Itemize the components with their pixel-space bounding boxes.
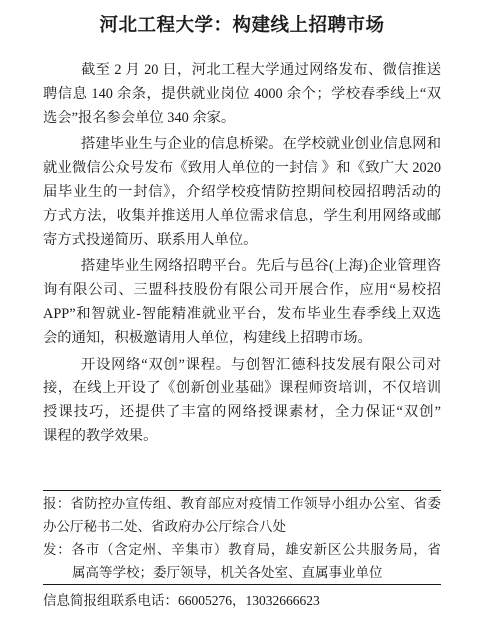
body-line: 开设网络“双创”课程。与创智汇德科技发展有限公司对: [43, 354, 441, 378]
body-paragraph-4: 开设网络“双创”课程。与创智汇德科技发展有限公司对 接，在线上开设了《创新创业基…: [43, 354, 441, 449]
footer-contact-line: 信息简报组联系电话：66005276，13032666623: [43, 585, 441, 612]
body-line: 聘信息 140 余条，提供就业岗位 4000 余个；学校春季线上“双: [43, 83, 441, 107]
body-line: 搭建毕业生网络招聘平台。先后与邑谷(上海)企业管理咨: [43, 255, 441, 279]
body-line: 截至 2 月 20 日，河北工程大学通过网络发布、微信推送招: [43, 59, 441, 83]
body-paragraph-1: 截至 2 月 20 日，河北工程大学通过网络发布、微信推送招 聘信息 140 余…: [43, 59, 441, 130]
body-line: 询有限公司、三盟科技股份有限公司开展合作，应用“易校招: [43, 279, 441, 303]
body-line: 课程的教学效果。: [43, 425, 441, 449]
body-line: 选会”报名参会单位 340 余家。: [43, 107, 441, 131]
footer-distribution-block: 报：省防控办宣传组、教育部应对疫情工作领导小组办公室、省委 办公厅秘书二处、省政…: [43, 491, 441, 585]
body-line: 寄方式投递简历、联系用人单位。: [43, 229, 441, 253]
body-line: 授课技巧，还提供了丰富的网络授课素材，全力保证“双创”: [43, 401, 441, 425]
body-line: 搭建毕业生与企业的信息桥梁。在学校就业创业信息网和: [43, 133, 441, 157]
footer-report-line: 报：省防控办宣传组、教育部应对疫情工作领导小组办公室、省委: [43, 493, 441, 516]
body-paragraph-2: 搭建毕业生与企业的信息桥梁。在学校就业创业信息网和 就业微信公众号发布《致用人单…: [43, 133, 441, 252]
body-line: 就业微信公众号发布《致用人单位的一封信 》和《致广大 2020: [43, 157, 441, 181]
document-title: 河北工程大学：构建线上招聘市场: [30, 13, 454, 39]
body-line: 届毕业生的一封信》，介绍学校疫情防控期间校园招聘活动的: [43, 181, 441, 205]
document-body: 截至 2 月 20 日，河北工程大学通过网络发布、微信推送招 聘信息 140 余…: [43, 59, 441, 449]
body-line: 方式方法，收集并推送用人单位需求信息，学生利用网络或邮: [43, 205, 441, 229]
body-line: 会的通知，积极邀请用人单位，构建线上招聘市场。: [43, 327, 441, 351]
body-line: APP”和智就业-智能精准就业平台，发布毕业生春季线上双选: [43, 303, 441, 327]
footer-distribution-line: 发：各市（含定州、辛集市）教育局，雄安新区公共服务局，省: [43, 539, 441, 562]
footer-report-line: 办公厅秘书二处、省政府办公厅综合八处: [43, 516, 441, 539]
body-paragraph-3: 搭建毕业生网络招聘平台。先后与邑谷(上海)企业管理咨 询有限公司、三盟科技股份有…: [43, 255, 441, 350]
document-page: 河北工程大学：构建线上招聘市场 截至 2 月 20 日，河北工程大学通过网络发布…: [0, 0, 484, 620]
footer-distribution-line: 属高等学校；委厅领导，机关各处室、直属事业单位: [43, 562, 441, 585]
body-line: 接，在线上开设了《创新创业基础》课程师资培训，不仅培训: [43, 377, 441, 401]
